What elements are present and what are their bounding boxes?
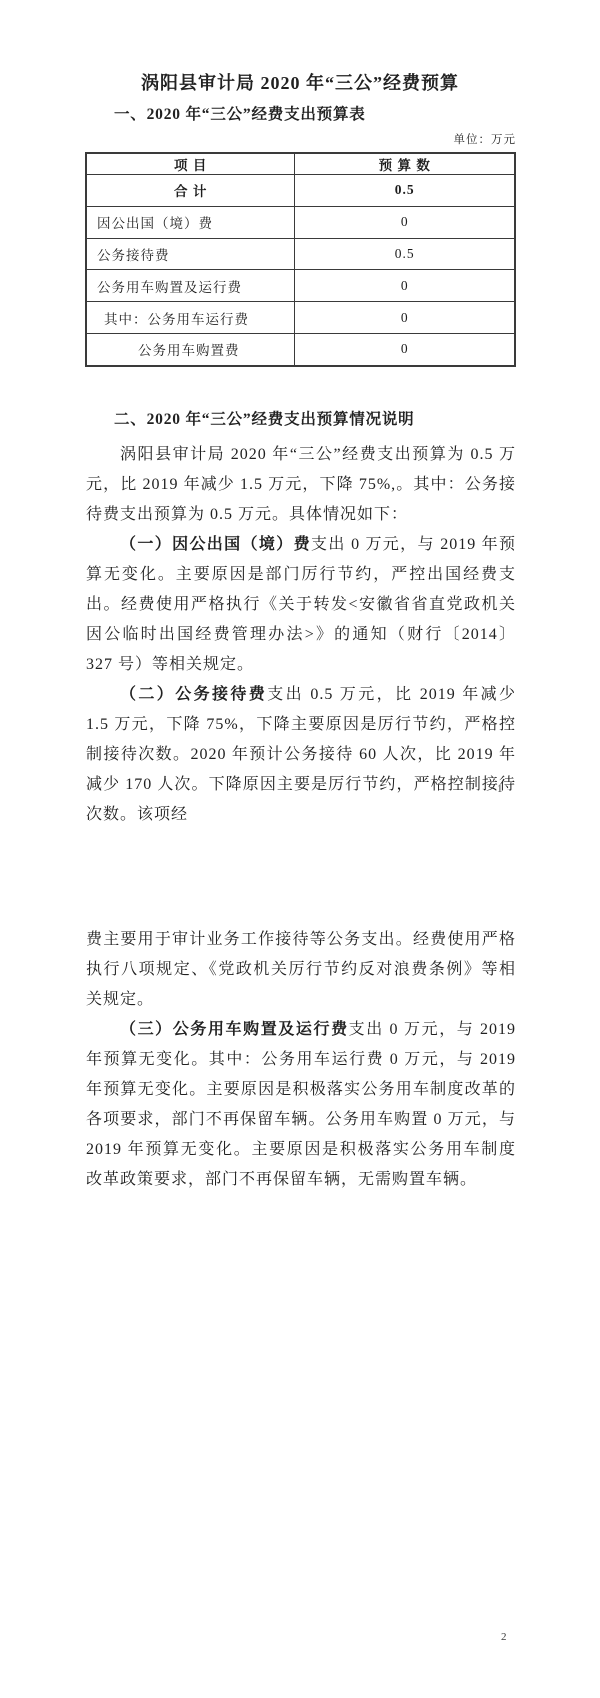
section1-heading: 一、2020 年“三公”经费支出预算表	[114, 104, 366, 126]
table-row-reception: 公务接待费 0.5	[86, 238, 515, 270]
row-label: 合 计	[86, 175, 295, 207]
table-row-abroad: 因公出国（境）费 0	[86, 206, 515, 238]
unit-label: 单位：万元	[454, 131, 517, 147]
table-row-vehicle-total: 公务用车购置及运行费 0	[86, 270, 515, 302]
row-label: 因公出国（境）费	[86, 206, 295, 238]
document-title: 涡阳县审计局 2020 年“三公”经费预算	[0, 70, 600, 96]
paragraph-text: 费主要用于审计业务工作接待等公务支出。经费使用严格执行八项规定、《党政机关厉行节…	[86, 931, 516, 1008]
paragraph-reception: （二）公务接待费支出 0.5 万元，比 2019 年减少 1.5 万元，下降 7…	[86, 680, 516, 830]
paragraph-vehicle: （三）公务用车购置及运行费支出 0 万元，与 2019 年预算无变化。其中：公务…	[86, 1015, 516, 1195]
paragraph-lead: （一）因公出国（境）费	[120, 536, 311, 553]
paragraph-lead: （三）公务用车购置及运行费	[120, 1021, 349, 1038]
row-value: 0.5	[295, 175, 515, 207]
row-value: 0	[295, 206, 515, 238]
col-header-budget: 预 算 数	[295, 153, 515, 175]
page2-text-block: 费主要用于审计业务工作接待等公务支出。经费使用严格执行八项规定、《党政机关厉行节…	[86, 925, 516, 1195]
table-row-vehicle-purchase: 公务用车购置费 0	[86, 333, 515, 366]
row-label: 公务用车购置及运行费	[86, 270, 295, 302]
document-page: 涡阳县审计局 2020 年“三公”经费预算 一、2020 年“三公”经费支出预算…	[0, 0, 600, 1698]
paragraph-text: 支出 0 万元，与 2019 年预算无变化。其中：公务用车运行费 0 万元，与 …	[86, 1021, 516, 1188]
paragraph-reception-continued: 费主要用于审计业务工作接待等公务支出。经费使用严格执行八项规定、《党政机关厉行节…	[86, 925, 516, 1015]
row-value: 0	[295, 270, 515, 302]
row-value: 0	[295, 302, 515, 334]
row-label: 其中：公务用车运行费	[86, 302, 295, 334]
page1-text-block: 涡阳县审计局 2020 年“三公”经费支出预算为 0.5 万元，比 2019 年…	[86, 440, 516, 830]
row-value: 0	[295, 333, 515, 366]
table-row-vehicle-operation: 其中：公务用车运行费 0	[86, 302, 515, 334]
section2-heading: 二、2020 年“三公”经费支出预算情况说明	[114, 409, 414, 431]
col-header-item: 项 目	[86, 153, 295, 175]
paragraph-text: 涡阳县审计局 2020 年“三公”经费支出预算为 0.5 万元，比 2019 年…	[86, 446, 516, 523]
page-number-2: 2	[501, 1631, 507, 1643]
row-value: 0.5	[295, 238, 515, 270]
paragraph-summary: 涡阳县审计局 2020 年“三公”经费支出预算为 0.5 万元，比 2019 年…	[86, 440, 516, 530]
paragraph-lead: （二）公务接待费	[120, 686, 267, 703]
budget-table: 项 目 预 算 数 合 计 0.5 因公出国（境）费 0 公务接待费 0.5 公…	[85, 152, 516, 367]
table-row-total: 合 计 0.5	[86, 175, 515, 207]
page-number-1: 1	[497, 783, 503, 795]
row-label: 公务接待费	[86, 238, 295, 270]
table-header-row: 项 目 预 算 数	[86, 153, 515, 175]
row-label: 公务用车购置费	[86, 333, 295, 366]
paragraph-text: 支出 0 万元，与 2019 年预算无变化。主要原因是部门厉行节约，严控出国经费…	[86, 536, 516, 673]
paragraph-abroad: （一）因公出国（境）费支出 0 万元，与 2019 年预算无变化。主要原因是部门…	[86, 530, 516, 680]
paragraph-text: 支出 0.5 万元，比 2019 年减少 1.5 万元，下降 75%，下降主要原…	[86, 686, 516, 823]
